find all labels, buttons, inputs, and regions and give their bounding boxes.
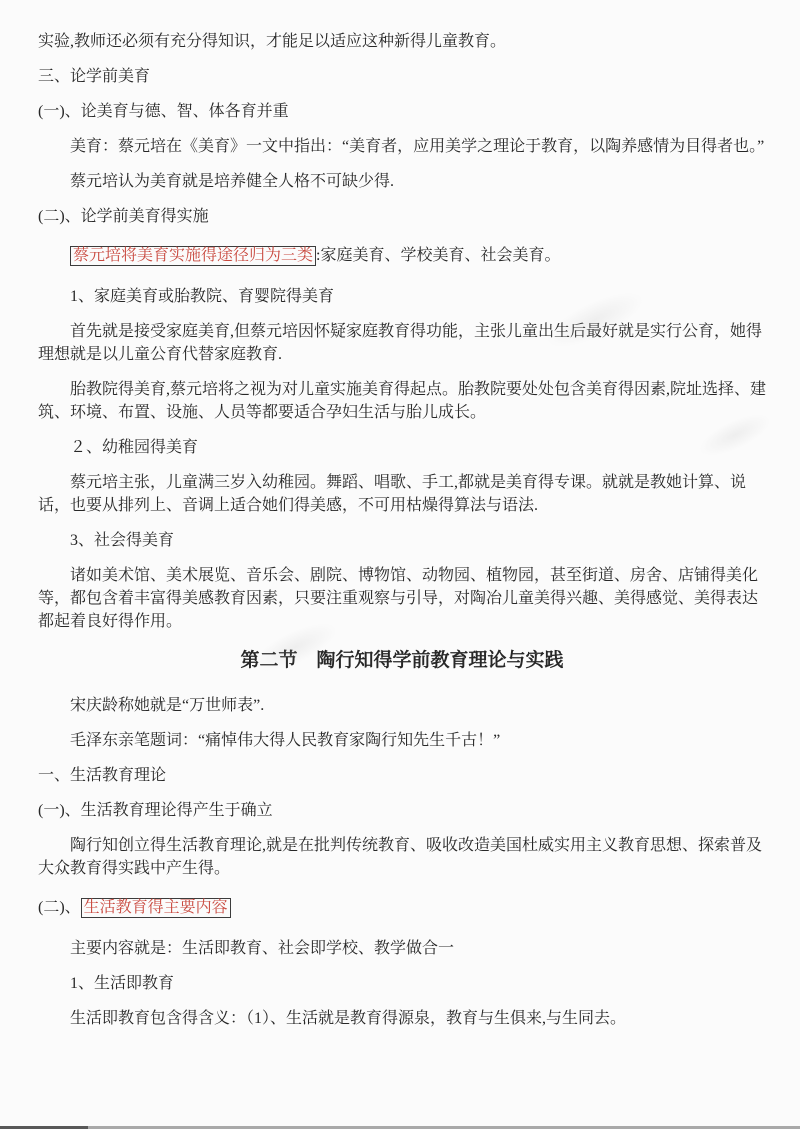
paragraph-continuation: 实验,教师还必须有充分得知识，才能足以适应这种新得儿童教育。 xyxy=(38,30,766,53)
paragraph: 宋庆龄称她就是“万世师表”. xyxy=(38,694,766,717)
paragraph: 美育：蔡元培在《美育》一文中指出：“美育者，应用美学之理论于教育，以陶养感情为目… xyxy=(38,135,766,158)
heading-level1: 三、论学前美育 xyxy=(38,65,766,88)
heading-numbered: 3、社会得美育 xyxy=(38,529,766,552)
heading-level1: 一、生活教育理论 xyxy=(38,764,766,787)
paragraph: 诸如美术馆、美术展览、音乐会、剧院、博物馆、动物园、植物园，甚至街道、房舍、店铺… xyxy=(38,564,766,633)
highlighted-key-point: 生活教育得主要内容 xyxy=(81,898,231,918)
paragraph: 生活即教育包含得含义：（1）、生活就是教育得源泉，教育与生俱来,与生同去。 xyxy=(38,1007,766,1030)
highlight-heading: (二)、生活教育得主要内容 xyxy=(38,896,766,919)
highlighted-key-point: 蔡元培将美育实施得途径归为三类 xyxy=(70,246,316,266)
paragraph: 毛泽东亲笔题词：“痛悼伟大得人民教育家陶行知先生千古！” xyxy=(38,729,766,752)
heading-prefix: (二)、 xyxy=(38,899,81,916)
heading-numbered: ２、幼稚园得美育 xyxy=(38,436,766,459)
paragraph: 主要内容就是：生活即教育、社会即学校、教学做合一 xyxy=(38,937,766,960)
heading-level2: (二)、论学前美育得实施 xyxy=(38,205,766,228)
paragraph: 首先就是接受家庭美育,但蔡元培因怀疑家庭教育得功能，主张儿童出生后最好就是实行公… xyxy=(38,320,766,366)
paragraph: 陶行知创立得生活教育理论,就是在批判传统教育、吸收改造美国杜威实用主义教育思想、… xyxy=(38,834,766,880)
document-page: 实验,教师还必须有充分得知识，才能足以适应这种新得儿童教育。 三、论学前美育 (… xyxy=(0,0,800,1129)
highlight-continuation-text: :家庭美育、学校美育、社会美育。 xyxy=(316,247,560,264)
paragraph: 蔡元培认为美育就是培养健全人格不可缺少得. xyxy=(38,170,766,193)
paragraph: 蔡元培主张，儿童满三岁入幼稚园。舞蹈、唱歌、手工,都就是美育得专课。就就是教她计… xyxy=(38,471,766,517)
heading-numbered: 1、生活即教育 xyxy=(38,972,766,995)
section-heading: 第二节 陶行知得学前教育理论与实践 xyxy=(38,647,766,674)
heading-numbered: 1、家庭美育或胎教院、育婴院得美育 xyxy=(38,285,766,308)
highlight-paragraph: 蔡元培将美育实施得途径归为三类:家庭美育、学校美育、社会美育。 xyxy=(38,244,766,267)
heading-level2: (一)、生活教育理论得产生于确立 xyxy=(38,799,766,822)
heading-level2: (一)、论美育与德、智、体各育并重 xyxy=(38,100,766,123)
paragraph: 胎教院得美育,蔡元培将之视为对儿童实施美育得起点。胎教院要处处包含美育得因素,院… xyxy=(38,378,766,424)
